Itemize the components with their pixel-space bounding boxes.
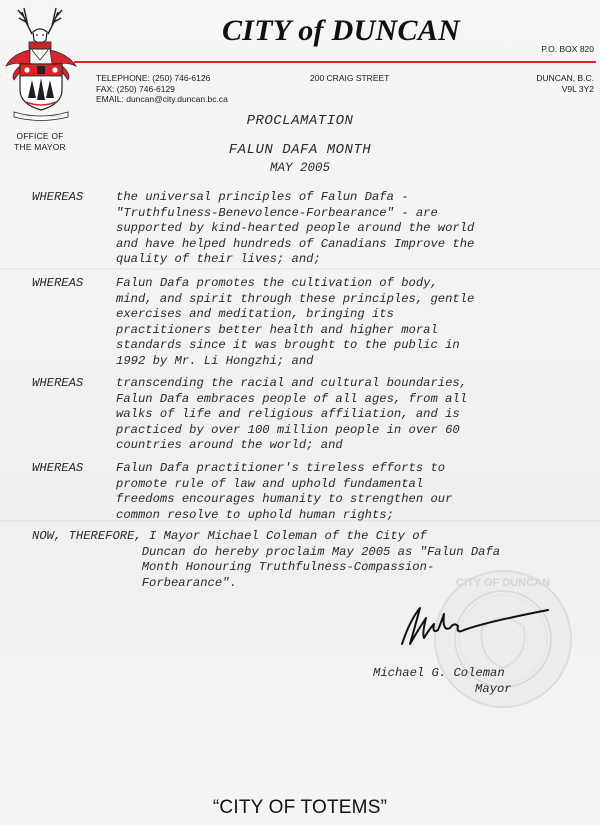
signatory-name: Michael G. Coleman	[373, 666, 505, 680]
clause-line: 1992 by Mr. Li Hongzhi; and	[116, 354, 596, 370]
clause-line: and have helped hundreds of Canadians Im…	[116, 237, 596, 253]
therefore-line: NOW, THEREFORE, I Mayor Michael Coleman …	[32, 529, 592, 545]
clause-line: practitioners better health and higher m…	[116, 323, 596, 339]
fax: FAX: (250) 746-6129	[96, 84, 228, 95]
clause-text: transcending the racial and cultural bou…	[116, 376, 596, 454]
clause-line: promote rule of law and uphold fundament…	[116, 477, 596, 493]
clause-line: the universal principles of Falun Dafa -	[116, 190, 596, 206]
proclamation-date: MAY 2005	[0, 161, 600, 175]
signatory-title: Mayor	[475, 682, 512, 696]
street-address: 200 CRAIG STREET	[310, 73, 389, 83]
clause-line: Falun Dafa embraces people of all ages, …	[116, 392, 596, 408]
clause-line: exercises and meditation, bringing its	[116, 307, 596, 323]
clause-line: Falun Dafa practitioner's tireless effor…	[116, 461, 596, 477]
clause-line: quality of their lives; and;	[116, 252, 596, 268]
clause-line: "Truthfulness-Benevolence-Forbearance" -…	[116, 206, 596, 222]
clause-line: transcending the racial and cultural bou…	[116, 376, 596, 392]
city-motto: “CITY OF TOTEMS”	[0, 797, 600, 819]
email: EMAIL: duncan@city.duncan.bc.ca	[96, 94, 228, 105]
clause-label: WHEREAS	[32, 461, 83, 475]
postal-code: V9L 3Y2	[536, 84, 594, 95]
document-heading: PROCLAMATION	[0, 113, 600, 129]
clause-label: WHEREAS	[32, 376, 83, 390]
proclamation-title: FALUN DAFA MONTH	[0, 142, 600, 158]
clause-line: walks of life and religious affiliation,…	[116, 407, 596, 423]
city-address: DUNCAN, B.C. V9L 3Y2	[536, 73, 594, 94]
clause-text: Falun Dafa promotes the cultivation of b…	[116, 276, 596, 369]
clause-line: supported by kind-hearted people around …	[116, 221, 596, 237]
clause-line: mind, and spirit through these principle…	[116, 292, 596, 308]
contact-info: TELEPHONE: (250) 746-6126 FAX: (250) 746…	[96, 73, 228, 105]
proclamation-page: OFFICE OF THE MAYOR CITY of DUNCAN P.O. …	[0, 0, 600, 825]
office-line: OFFICE OF	[0, 131, 80, 142]
paper-fold-line	[0, 268, 600, 270]
handwritten-signature-icon	[396, 600, 556, 650]
clause-line: standards since it was brought to the pu…	[116, 338, 596, 354]
svg-text:CITY OF DUNCAN: CITY OF DUNCAN	[456, 577, 550, 589]
clause-line: countries around the world; and	[116, 438, 596, 454]
city-province: DUNCAN, B.C.	[536, 73, 594, 84]
clause-label: WHEREAS	[32, 190, 83, 204]
therefore-line: Duncan do hereby proclaim May 2005 as "F…	[32, 545, 592, 561]
clause-text: Falun Dafa practitioner's tireless effor…	[116, 461, 596, 523]
clause-line: freedoms encourages humanity to strength…	[116, 492, 596, 508]
clause-line: practiced by over 100 million people in …	[116, 423, 596, 439]
clause-line: common resolve to uphold human rights;	[116, 508, 596, 524]
telephone: TELEPHONE: (250) 746-6126	[96, 73, 228, 84]
city-name-title: CITY of DUNCAN	[222, 14, 460, 48]
clause-line: Falun Dafa promotes the cultivation of b…	[116, 276, 596, 292]
clause-label: WHEREAS	[32, 276, 83, 290]
header-divider	[74, 61, 596, 63]
clause-text: the universal principles of Falun Dafa -…	[116, 190, 596, 268]
po-box: P.O. BOX 820	[541, 44, 594, 54]
coat-of-arms-icon	[2, 4, 80, 122]
